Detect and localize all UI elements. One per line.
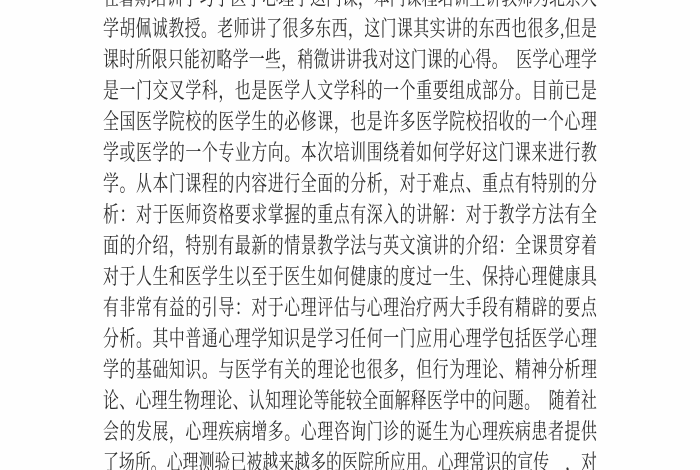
document-page: 在暑期培训学习了医学心理学这门课，本门课程培训主讲教师为北京大 学胡佩诚教授。老… (103, 0, 597, 470)
text-line: 面的介绍，特别有最新的情景教学法与英文演讲的介绍：全课贯穿着 (103, 230, 597, 261)
text-line: 有非常有益的引导：对于心理评估与心理治疗两大手段有精辟的要点 (103, 292, 597, 323)
text-line: 在暑期培训学习了医学心理学这门课，本门课程培训主讲教师为北京大 (103, 0, 597, 13)
text-line: 了场所。心理测验已被越来越多的医院所应用。心理常识的宣传 ，对 (103, 447, 597, 470)
text-line: 学的基础知识。与医学有关的理论也很多，但行为理论、精神分析理 (103, 354, 597, 385)
text-line: 分析。其中普通心理学知识是学习任何一门应用心理学包括医学心理 (103, 323, 597, 354)
text-line: 是一门交叉学科，也是医学人文学科的一个重要组成部分。目前已是 (103, 75, 597, 106)
text-line: 析：对于医师资格要求掌握的重点有深入的讲解：对于教学方法有全 (103, 199, 597, 230)
text-line: 论、心理生物理论、认知理论等能较全面解释医学中的问题。 随着社 (103, 385, 597, 416)
text-line: 课时所限只能初略学一些，稍微讲讲我对这门课的心得。 医学心理学 (103, 44, 597, 75)
text-line: 会的发展，心理疾病增多。心理咨询门诊的诞生为心理疾病患者提供 (103, 416, 597, 447)
text-line: 学胡佩诚教授。老师讲了很多东西，这门课其实讲的东西也很多,但是 (103, 13, 597, 44)
text-line: 全国医学院校的医学生的必修课，也是许多医学院校招收的一个心理 (103, 106, 597, 137)
text-line: 学。从本门课程的内容进行全面的分析，对于难点、重点有特别的分 (103, 168, 597, 199)
text-line: 学或医学的一个专业方向。本次培训围绕着如何学好这门课来进行教 (103, 137, 597, 168)
text-line: 对于人生和医学生以至于医生如何健康的度过一生、保持心理健康具 (103, 261, 597, 292)
